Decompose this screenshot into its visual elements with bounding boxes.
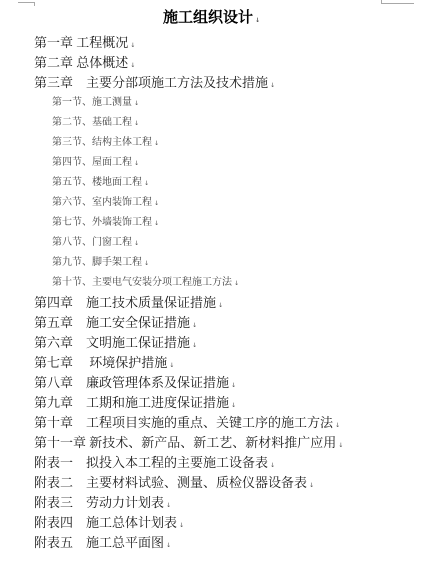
toc-line-text: 附表四 施工总体计划表 — [34, 515, 177, 530]
toc-appendix-line: 附表四 施工总体计划表↓ — [0, 513, 423, 533]
document-title-text: 施工组织设计 — [163, 10, 253, 26]
toc-line-text: 第一章 工程概况 — [34, 35, 128, 50]
toc-section-line: 第四节、屋面工程↓ — [0, 153, 423, 173]
toc-line-text: 第九节、脚手架工程 — [52, 257, 142, 268]
paragraph-mark-icon: ↓ — [192, 336, 197, 356]
toc-line-text: 第五节、楼地面工程 — [52, 177, 142, 188]
toc-line-text: 第三章 主要分部项施工方法及技术措施 — [34, 75, 268, 90]
toc-line-text: 第二节、基础工程 — [52, 117, 132, 128]
toc-appendix-line: 附表三 劳动力计划表↓ — [0, 493, 423, 513]
toc-section-line: 第十节、主要电气安装分项工程施工方法↓ — [0, 273, 423, 293]
toc-line-text: 附表二 主要材料试验、测量、质检仪器设备表 — [34, 475, 307, 490]
paragraph-mark-icon: ↓ — [154, 194, 159, 214]
toc-line-text: 第十章 工程项目实施的重点、关键工序的施工方法 — [34, 415, 333, 430]
toc-line-text: 第三节、结构主体工程 — [52, 137, 152, 148]
toc-chapter-line: 第七章 环境保护措施↓ — [0, 353, 423, 373]
paragraph-mark-icon: ↓ — [134, 94, 139, 114]
paragraph-mark-icon: ↓ — [144, 174, 149, 194]
paragraph-mark-icon: ↓ — [154, 214, 159, 234]
toc-chapter-line: 第八章 廉政管理体系及保证措施↓ — [0, 373, 423, 393]
table-of-contents: 第一章 工程概况↓ 第二章 总体概述↓ 第三章 主要分部项施工方法及技术措施↓ … — [0, 28, 423, 553]
toc-chapter-line: 第十章 工程项目实施的重点、关键工序的施工方法↓ — [0, 413, 423, 433]
toc-line-text: 第四节、屋面工程 — [52, 157, 132, 168]
toc-line-text: 第八章 廉政管理体系及保证措施 — [34, 375, 229, 390]
document-page: 施工组织设计↓ 第一章 工程概况↓ 第二章 总体概述↓ 第三章 主要分部项施工方… — [0, 0, 423, 563]
toc-line-text: 第八节、门窗工程 — [52, 237, 132, 248]
toc-chapter-line: 第一章 工程概况↓ — [0, 33, 423, 53]
paragraph-mark-icon: ↓ — [234, 274, 239, 294]
toc-line-text: 第五章 施工安全保证措施 — [34, 315, 190, 330]
toc-chapter-line: 第五章 施工安全保证措施↓ — [0, 313, 423, 333]
paragraph-mark-icon: ↓ — [134, 154, 139, 174]
paragraph-mark-icon: ↓ — [144, 254, 149, 274]
toc-line-text: 附表三 劳动力计划表 — [34, 495, 164, 510]
paragraph-mark-icon: ↓ — [309, 476, 314, 496]
toc-appendix-line: 附表五 施工总平面图↓ — [0, 533, 423, 553]
toc-line-text: 第九章 工期和施工进度保证措施 — [34, 395, 229, 410]
toc-chapter-line: 第九章 工期和施工进度保证措施↓ — [0, 393, 423, 413]
paragraph-mark-icon: ↓ — [179, 516, 184, 536]
toc-line-text: 第十节、主要电气安装分项工程施工方法 — [52, 277, 232, 288]
toc-line-text: 附表五 施工总平面图 — [34, 535, 164, 550]
toc-line-text: 第十一章 新技术、新产品、新工艺、新材料推广应用 — [34, 435, 336, 450]
toc-line-text: 第七节、外墙装饰工程 — [52, 217, 152, 228]
toc-appendix-line: 附表二 主要材料试验、测量、质检仪器设备表↓ — [0, 473, 423, 493]
toc-line-text: 第一节、施工测量 — [52, 97, 132, 108]
toc-section-line: 第三节、结构主体工程↓ — [0, 133, 423, 153]
toc-chapter-line: 第六章 文明施工保证措施↓ — [0, 333, 423, 353]
toc-line-text: 第六章 文明施工保证措施 — [34, 335, 190, 350]
paragraph-mark-icon: ↓ — [218, 296, 223, 316]
toc-section-line: 第八节、门窗工程↓ — [0, 233, 423, 253]
paragraph-mark-icon: ↓ — [338, 436, 343, 456]
toc-line-text: 第七章 环境保护措施 — [34, 355, 167, 370]
toc-line-text: 附表一 拟投入本工程的主要施工设备表 — [34, 455, 268, 470]
paragraph-mark-icon: ↓ — [270, 76, 275, 96]
toc-line-text: 第六节、室内装饰工程 — [52, 197, 152, 208]
toc-chapter-line: 第三章 主要分部项施工方法及技术措施↓ — [0, 73, 423, 93]
toc-section-line: 第六节、室内装饰工程↓ — [0, 193, 423, 213]
toc-line-text: 第四章 施工技术质量保证措施 — [34, 295, 216, 310]
toc-section-line: 第九节、脚手架工程↓ — [0, 253, 423, 273]
toc-line-text: 第二章 总体概述 — [34, 55, 128, 70]
toc-appendix-line: 附表一 拟投入本工程的主要施工设备表↓ — [0, 453, 423, 473]
paragraph-mark-icon: ↓ — [166, 536, 171, 556]
toc-section-line: 第五节、楼地面工程↓ — [0, 173, 423, 193]
toc-section-line: 第一节、施工测量↓ — [0, 93, 423, 113]
toc-section-line: 第七节、外墙装饰工程↓ — [0, 213, 423, 233]
paragraph-mark-icon: ↓ — [134, 114, 139, 134]
document-title: 施工组织设计↓ — [0, 0, 423, 28]
toc-chapter-line: 第十一章 新技术、新产品、新工艺、新材料推广应用↓ — [0, 433, 423, 453]
paragraph-mark-icon: ↓ — [154, 134, 159, 154]
toc-section-line: 第二节、基础工程↓ — [0, 113, 423, 133]
paragraph-mark-icon: ↓ — [134, 234, 139, 254]
paragraph-mark-icon: ↓ — [255, 11, 260, 31]
toc-chapter-line: 第四章 施工技术质量保证措施↓ — [0, 293, 423, 313]
toc-chapter-line: 第二章 总体概述↓ — [0, 53, 423, 73]
